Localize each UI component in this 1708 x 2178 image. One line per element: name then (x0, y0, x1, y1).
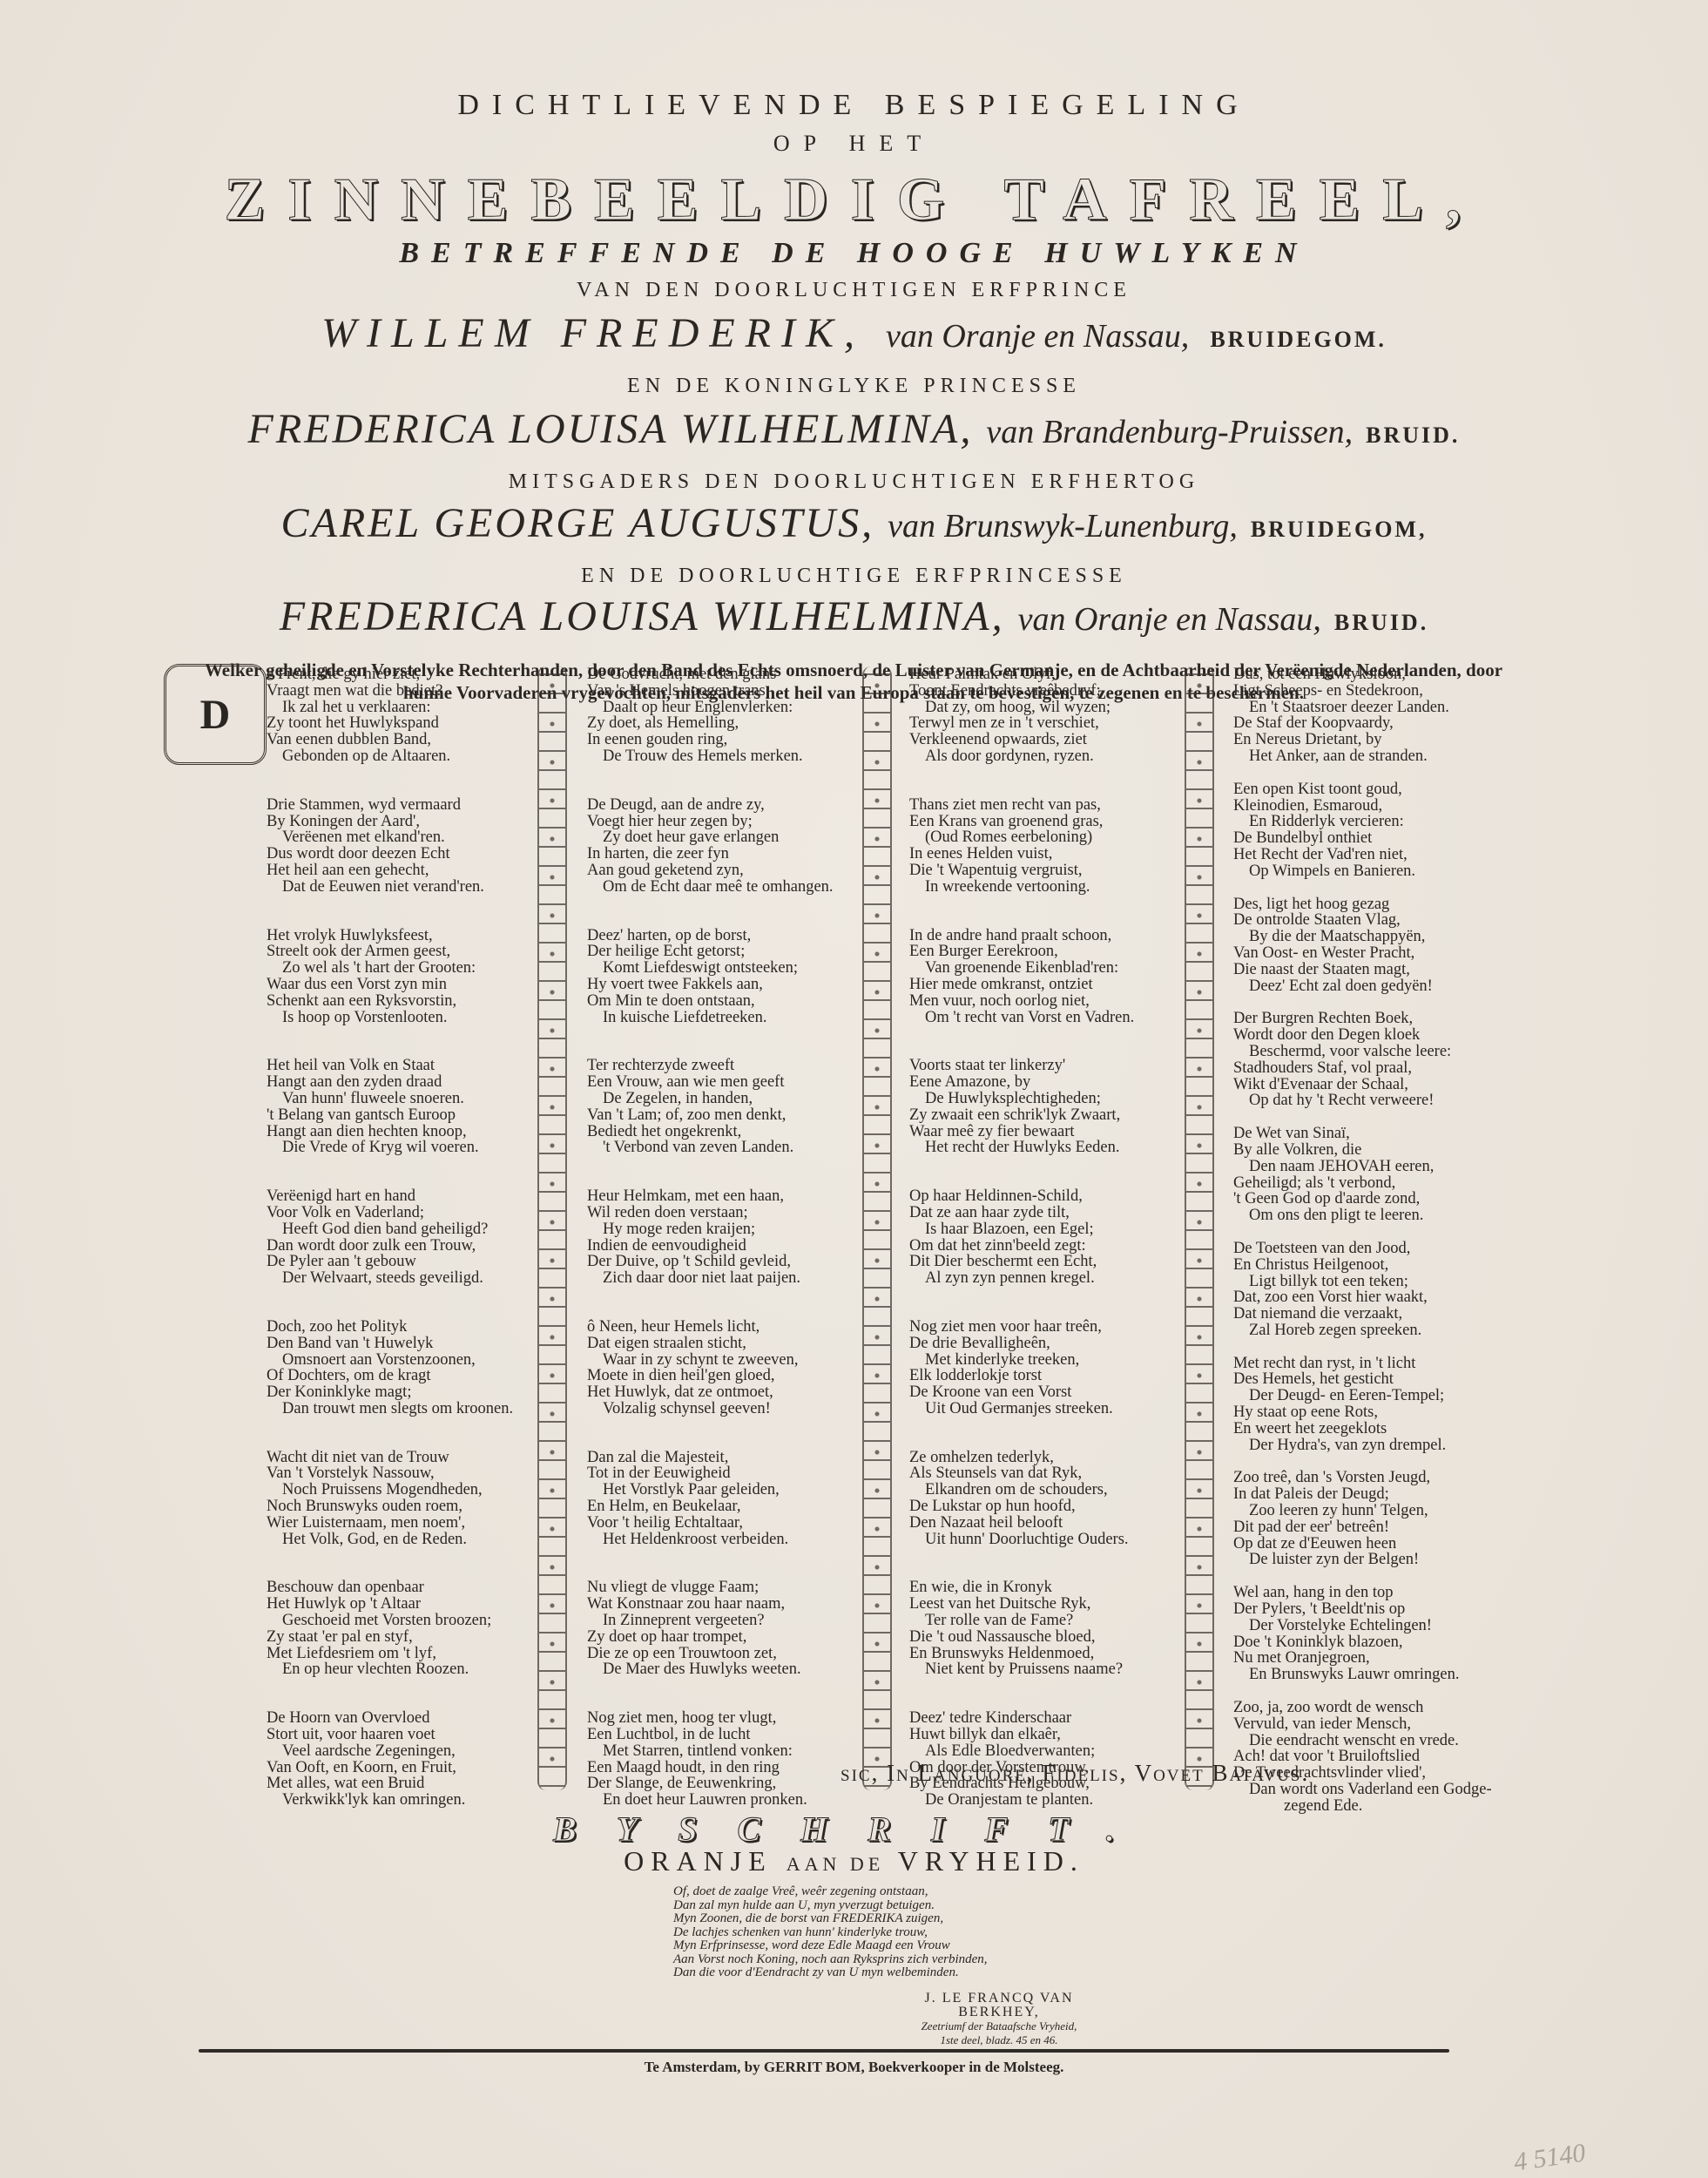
verse-line: Een Burger Eerekroon, (909, 944, 1134, 960)
verse-line: Waar in zy schynt te zweeven, (587, 1352, 834, 1369)
verse-line: By Koningen der Aard', (267, 814, 513, 830)
intro-2: EN DE KONINGLYKE PRINCESSE (0, 375, 1708, 398)
verse-line: De Godvrucht, met den glans (587, 666, 834, 683)
verse-line: En Nereus Drietant, by (1233, 732, 1492, 748)
verse-line: Zich daar door niet laat paijen. (587, 1270, 834, 1287)
verse-line: Elkandren om de schouders, (909, 1482, 1134, 1498)
stanza: Zoo, ja, zoo wordt de wenschVervuld, van… (1233, 1700, 1492, 1815)
verse-line: Nog ziet men voor haar treên, (909, 1319, 1134, 1336)
verse-line: Om dat het zinn'beeld zegt: (909, 1238, 1134, 1255)
verse-line: Omsnoert aan Vorstenzoonen, (267, 1352, 513, 1369)
verse-line: Met Starren, tintlend vonken: (587, 1743, 834, 1760)
verse-line: Wikt d'Evenaar der Schaal, (1233, 1077, 1492, 1093)
verse-line: Aan Vorst noch Koning, noch aan Ryksprin… (673, 1953, 988, 1967)
vine-border-icon (537, 666, 567, 1790)
verse-line: Waar meê zy fier bewaart (909, 1124, 1134, 1140)
verse-line: Die 't oud Nassausche bloed, (909, 1629, 1134, 1646)
stanza: Heur Helmkam, met een haan,Wil reden doe… (587, 1188, 834, 1287)
stanza: Nu vliegt de vlugge Faam;Wat Konstnaar z… (587, 1579, 834, 1678)
verse-line: De Deugd, aan de andre zy, (587, 797, 834, 814)
verse-line: Doch, zoo het Polityk (267, 1319, 513, 1336)
bride-2-house: van Oranje en Nassau, (1018, 601, 1321, 638)
stanza: De Hoorn van OvervloedStort uit, voor ha… (267, 1710, 513, 1809)
intro-3: MITSGADERS DEN DOORLUCHTIGEN ERFHERTOG (0, 470, 1708, 494)
verse-line: En 't Staatsroer deezer Landen. (1233, 700, 1492, 716)
verse-line: Der Welvaart, steeds geveiligd. (267, 1270, 513, 1287)
groom-2-name: CAREL GEORGE AUGUSTUS, (281, 500, 875, 546)
verse-line: Vervuld, van ieder Mensch, (1233, 1716, 1492, 1733)
byschrift-title-part: ORANJE (624, 1845, 773, 1877)
verse-line: Noch Brunswyks ouden roem, (267, 1498, 513, 1515)
verse-line: De Trouw des Hemels merken. (587, 748, 834, 765)
verse-line: Hier mede omkranst, ontziet (909, 977, 1134, 993)
verse-line: De Huwlyksplechtigheden; (909, 1091, 1134, 1107)
verse-line: Vraagt men wat die bediet? (267, 683, 513, 700)
stanza: De Deugd, aan de andre zy,Voegt hier heu… (587, 797, 834, 896)
verse-line: Hangt aan dien hechten knoop, (267, 1124, 513, 1140)
verse-line: Van hunn' fluweele snoeren. (267, 1091, 513, 1107)
verse-line: Bediedt het ongekrenkt, (587, 1124, 834, 1140)
verse-line: Het Huwlyk op 't Altaar (267, 1596, 513, 1613)
verse-line: Heur Helmkam, met een haan, (587, 1188, 834, 1205)
verse-line: Des, ligt het hoog gezag (1233, 896, 1492, 913)
verse-line: Zal Horeb zegen spreeken. (1233, 1322, 1492, 1339)
poem-column-1: e Prent, die gy hier ziet,Vraagt men wat… (267, 666, 513, 1841)
stanza: Dus, tot een Huwlyksloon,Ligt Scheeps- e… (1233, 666, 1492, 765)
stanza: Beschouw dan openbaarHet Huwlyk op 't Al… (267, 1579, 513, 1678)
verse-line: Indien de eenvoudigheid (587, 1238, 834, 1255)
verse-line: Waar dus een Vorst zyn min (267, 977, 513, 993)
verse-line: Zoo leeren zy hunn' Telgen, (1233, 1503, 1492, 1519)
bride-2-role: BRUID. (1334, 610, 1428, 635)
verse-line: In Zinneprent vergeeten? (587, 1613, 834, 1629)
verse-line: Der Slange, de Eeuwenkring, (587, 1776, 834, 1792)
verse-line: De drie Bevalligheên, (909, 1336, 1134, 1352)
verse-line: Dan wordt door zulk een Trouw, (267, 1238, 513, 1255)
verse-line: Is hoop op Vorstenlooten. (267, 1010, 513, 1026)
byschrift-title-part: AAN DE (786, 1853, 885, 1875)
verse-line: ô Neen, heur Hemels licht, (587, 1319, 834, 1336)
verse-line: Drie Stammen, wyd vermaard (267, 797, 513, 814)
verse-line: Het Vorstlyk Paar geleiden, (587, 1482, 834, 1498)
verse-line: Een Maagd houdt, in den ring (587, 1760, 834, 1776)
verse-line: Gebonden op de Altaaren. (267, 748, 513, 765)
attribution-author: J. LE FRANCQ VAN BERKHEY, (881, 1992, 1117, 2019)
verse-line: Voor Volk en Vaderland; (267, 1205, 513, 1221)
groom-1-house: van Oranje en Nassau, (886, 318, 1189, 355)
verse-line: Verëenen met elkand'ren. (267, 829, 513, 846)
verse-line: Daalt op heur Englenvlerken: (587, 700, 834, 716)
intro-1: VAN DEN DOORLUCHTIGEN ERFPRINCE (0, 279, 1708, 302)
verse-line: Wat Konstnaar zou haar naam, (587, 1596, 834, 1613)
verse-line: De Lukstar op hun hoofd, (909, 1498, 1134, 1515)
verse-line: Of, doet de zaalge Vreê, weêr zegening o… (673, 1885, 988, 1899)
verse-line: Een Vrouw, aan wie men geeft (587, 1074, 834, 1091)
verse-line: En op heur vlechten Roozen. (267, 1661, 513, 1678)
verse-line: Wel aan, hang in den top (1233, 1585, 1492, 1601)
verse-line: By die der Maatschappyën, (1233, 929, 1492, 945)
stanza: De Wet van Sinaï,By alle Volkren, dieDen… (1233, 1126, 1492, 1224)
verse-line: In harten, die zeer fyn (587, 846, 834, 862)
verse-line: Al zyn zyn pennen kregel. (909, 1270, 1134, 1287)
stanza: Doch, zoo het PolitykDen Band van 't Huw… (267, 1319, 513, 1417)
verse-line: Der Hydra's, van zyn drempel. (1233, 1437, 1492, 1454)
verse-line: Schenkt aan een Ryksvorstin, (267, 993, 513, 1010)
verse-line: Het recht der Huwlyks Eeden. (909, 1140, 1134, 1156)
verse-line: 't Geen God op d'aarde zond, (1233, 1191, 1492, 1207)
stanza: Des, ligt het hoog gezagDe ontrolde Staa… (1233, 896, 1492, 995)
stanza: e Prent, die gy hier ziet,Vraagt men wat… (267, 666, 513, 765)
verse-line: Of Dochters, om de kragt (267, 1368, 513, 1384)
verse-line: Als Steunsels van dat Ryk, (909, 1465, 1134, 1482)
verse-line: Der Vorstelyke Echtelingen! (1233, 1618, 1492, 1634)
stanza: Ter rechterzyde zweeftEen Vrouw, aan wie… (587, 1058, 834, 1156)
byschrift-title: ORANJE AAN DE VRYHEID. (0, 1845, 1708, 1877)
vine-border-icon (862, 666, 892, 1790)
verse-line: Myn Zoonen, die de borst van FREDERIKA z… (673, 1912, 988, 1926)
verse-line: Op dat ze d'Eeuwen heen (1233, 1536, 1492, 1552)
groom-2-house: van Brunswyk-Lunenburg, (888, 508, 1238, 544)
verse-line: Zy doet, als Hemelling, (587, 715, 834, 732)
verse-line: Dan trouwt men slegts om kroonen. (267, 1401, 513, 1417)
verse-line: Dit pad der eer' betreên! (1233, 1519, 1492, 1536)
verse-line: De Maer des Huwlyks weeten. (587, 1661, 834, 1678)
verse-line: Voegt hier heur zegen by; (587, 814, 834, 830)
verse-line: Om ons den pligt te leeren. (1233, 1207, 1492, 1224)
verse-line: Deez' harten, op de borst, (587, 928, 834, 944)
stanza: ô Neen, heur Hemels licht,Dat eigen stra… (587, 1319, 834, 1417)
verse-line: Van Oost- en Wester Pracht, (1233, 945, 1492, 962)
verse-line: De Toetsteen van den Jood, (1233, 1241, 1492, 1257)
verse-line: Hy voert twee Fakkels aan, (587, 977, 834, 993)
verse-line: Myn Erfprinsesse, word deze Edle Maagd e… (673, 1939, 988, 1953)
heading-line-1: DICHTLIEVENDE BESPIEGELING (0, 89, 1708, 122)
verse-line: By alle Volkren, die (1233, 1142, 1492, 1159)
verse-line: Dan zal myn hulde aan U, myn yverzugt be… (673, 1899, 988, 1913)
verse-line: Een Krans van groenend gras, (909, 814, 1134, 830)
verse-line: En doet heur Lauwren pronken. (587, 1792, 834, 1809)
verse-line: In wreekende vertooning. (909, 879, 1134, 896)
verse-line: De Kroone van een Vorst (909, 1384, 1134, 1401)
verse-line: Den naam JEHOVAH eeren, (1233, 1159, 1492, 1175)
poem-column-3: Heur Palmtak en Olyf,Toont Eendrachts vr… (909, 666, 1134, 1841)
groom-2: CAREL GEORGE AUGUSTUS, van Brunswyk-Lune… (0, 499, 1708, 547)
verse-line: In de andre hand praalt schoon, (909, 928, 1134, 944)
verse-line: Dit Dier beschermt een Echt, (909, 1254, 1134, 1270)
stanza: Verëenigd hart en handVoor Volk en Vader… (267, 1188, 513, 1287)
verse-line: Stort uit, voor haaren voet (267, 1727, 513, 1743)
verse-line: Der heilige Echt getorst; (587, 944, 834, 960)
attribution-page: 1ste deel, bladz. 45 en 46. (881, 2033, 1117, 2047)
verse-line: Heeft God dien band geheiligd? (267, 1221, 513, 1238)
verse-line: Zy doet op haar trompet, (587, 1629, 834, 1646)
verse-line: Zy zwaait een schrik'lyk Zwaart, (909, 1107, 1134, 1124)
verse-line: De Bundelbyl onthiet (1233, 830, 1492, 847)
byschrift-verse: Of, doet de zaalge Vreê, weêr zegening o… (673, 1885, 988, 1980)
verse-line: Der Duive, op 't Schild gevleid, (587, 1254, 834, 1270)
bride-2-name: FREDERICA LOUISA WILHELMINA, (280, 593, 1005, 639)
verse-line: Des Hemels, het gesticht (1233, 1371, 1492, 1388)
verse-line: Elk lodderlokje torst (909, 1368, 1134, 1384)
verse-line: Met recht dan ryst, in 't licht (1233, 1356, 1492, 1372)
verse-line: Die 't Wapentuig vergruist, (909, 862, 1134, 879)
byschrift-title-part: VRYHEID. (898, 1845, 1084, 1877)
verse-line: Eene Amazone, by (909, 1074, 1134, 1091)
groom-2-role: BRUIDEGOM, (1251, 517, 1428, 542)
verse-line: De Oranjestam te planten. (909, 1792, 1134, 1809)
verse-line: Hy moge reden kraijen; (587, 1221, 834, 1238)
verse-line: Moete in dien heil'gen gloed, (587, 1368, 834, 1384)
verse-line: Die naast der Staaten magt, (1233, 962, 1492, 978)
verse-line: Wier Luisternaam, men noem', (267, 1515, 513, 1532)
verse-line: De Staf der Koopvaardy, (1233, 715, 1492, 732)
verse-line: Als door gordynen, ryzen. (909, 748, 1134, 765)
stanza: Op haar Heldinnen-Schild,Dat ze aan haar… (909, 1188, 1134, 1287)
verse-line: De Wet van Sinaï, (1233, 1126, 1492, 1142)
verse-line: En wie, die in Kronyk (909, 1579, 1134, 1596)
verse-line: Het heil aan een gehecht, (267, 862, 513, 879)
verse-line: Geheiligd; als 't verbond, (1233, 1175, 1492, 1192)
verse-line: Het Anker, aan de stranden. (1233, 748, 1492, 765)
bride-1-house: van Brandenburg-Pruissen, (986, 414, 1353, 450)
verse-line: Zy toont het Huwlykspand (267, 715, 513, 732)
verse-line: De Zegelen, in handen, (587, 1091, 834, 1107)
stanza: Heur Palmtak en Olyf,Toont Eendrachts vr… (909, 666, 1134, 765)
stanza: Deez' harten, op de borst,Der heilige Ec… (587, 928, 834, 1026)
stanza: Der Burgren Rechten Boek,Wordt door den … (1233, 1011, 1492, 1109)
stanza: Een open Kist toont goud,Kleinodien, Esm… (1233, 781, 1492, 880)
verse-line: Ter rolle van de Fame? (909, 1613, 1134, 1629)
verse-line: En Brunswyks Lauwr omringen. (1233, 1667, 1492, 1683)
verse-line: Beschermd, voor valsche leere: (1233, 1044, 1492, 1060)
stanza: En wie, die in KronykLeest van het Duits… (909, 1579, 1134, 1678)
verse-line: Noch Pruissens Mogendheden, (267, 1482, 513, 1498)
verse-line: Uit Oud Germanjes streeken. (909, 1401, 1134, 1417)
verse-line: De ontrolde Staaten Vlag, (1233, 912, 1492, 929)
verse-line: Het Volk, God, en de Reden. (267, 1532, 513, 1548)
verse-line: Dus, tot een Huwlyksloon, (1233, 666, 1492, 683)
verse-line: De Hoorn van Overvloed (267, 1710, 513, 1727)
verse-line: En Helm, en Beukelaar, (587, 1498, 834, 1515)
verse-line: Wordt door den Degen kloek (1233, 1027, 1492, 1044)
verse-line: Terwyl men ze in 't verschiet, (909, 715, 1134, 732)
verse-line: Van Ooft, en Koorn, en Fruit, (267, 1760, 513, 1776)
verse-line: Die eendracht wenscht en vrede. (1233, 1733, 1492, 1749)
verse-line: Een open Kist toont goud, (1233, 781, 1492, 798)
verse-line: Ze omhelzen tederlyk, (909, 1450, 1134, 1466)
verse-line: Zo wel als 't hart der Grooten: (267, 960, 513, 977)
imprint: Te Amsterdam, by GERRIT BOM, Boekverkoop… (0, 2059, 1708, 2076)
verse-line: Op dat hy 't Recht verweere! (1233, 1092, 1492, 1109)
verse-line: In dat Paleis der Deugd; (1233, 1486, 1492, 1503)
attribution: J. LE FRANCQ VAN BERKHEY, Zeetriumf der … (881, 1992, 1117, 2047)
stanza: Nog ziet men, hoog ter vlugt,Een Luchtbo… (587, 1710, 834, 1809)
verse-line: e Prent, die gy hier ziet, (267, 666, 513, 683)
verse-line: Om 't recht van Vorst en Vadren. (909, 1010, 1134, 1026)
verse-line: Verëenigd hart en hand (267, 1188, 513, 1205)
stanza: Wel aan, hang in den topDer Pylers, 't B… (1233, 1585, 1492, 1683)
stanza: Zoo treê, dan 's Vorsten Jeugd,In dat Pa… (1233, 1470, 1492, 1568)
pencil-inventory-note: 4 5140 (1512, 2138, 1587, 2177)
verse-line: Het Huwlyk, dat ze ontmoet, (587, 1384, 834, 1401)
verse-line: Op Wimpels en Banieren. (1233, 863, 1492, 880)
verse-line: Verkleenend opwaards, ziet (909, 732, 1134, 748)
subtitle: BETREFFENDE DE HOOGE HUWLYKEN (0, 237, 1708, 270)
verse-line: Van eenen dubblen Band, (267, 732, 513, 748)
poem-column-2: De Godvrucht, met den glansVan 's Hemels… (587, 666, 834, 1841)
verse-line: Om de Echt daar meê te omhangen. (587, 879, 834, 896)
verse-line: Hy staat op eene Rots, (1233, 1404, 1492, 1421)
verse-line: Het vrolyk Huwlyksfeest, (267, 928, 513, 944)
verse-line: Ligt Scheeps- en Stedekroon, (1233, 683, 1492, 700)
verse-line: Die ze op een Trouwtoon zet, (587, 1646, 834, 1662)
verse-line: Hangt aan den zyden draad (267, 1074, 513, 1091)
poem-column-4: Dus, tot een Huwlyksloon,Ligt Scheeps- e… (1233, 666, 1492, 1831)
bride-1-role: BRUID. (1366, 423, 1460, 448)
bride-1-name: FREDERICA LOUISA WILHELMINA, (248, 406, 974, 452)
verse-line: De luister zyn der Belgen! (1233, 1552, 1492, 1568)
verse-line: Van groenende Eikenblad'ren: (909, 960, 1134, 977)
verse-line: Thans ziet men recht van pas, (909, 797, 1134, 814)
verse-line: Veel aardsche Zegeningen, (267, 1743, 513, 1760)
verse-line: Voorts staat ter linkerzy' (909, 1058, 1134, 1074)
verse-line: Dat niemand die verzaakt, (1233, 1306, 1492, 1322)
verse-line: Zy doet heur gave erlangen (587, 829, 834, 846)
verse-line: Het heil van Volk en Staat (267, 1058, 513, 1074)
stanza: Thans ziet men recht van pas,Een Krans v… (909, 797, 1134, 896)
verse-line: Dat de Eeuwen niet verand'ren. (267, 879, 513, 896)
verse-line: In eenes Helden vuist, (909, 846, 1134, 862)
stanza: In de andre hand praalt schoon,Een Burge… (909, 928, 1134, 1026)
verse-line: Den Band van 't Huwelyk (267, 1336, 513, 1352)
verse-line: Aan goud geketend zyn, (587, 862, 834, 879)
verse-line: Dan die voor d'Eendracht zy van U myn we… (673, 1966, 988, 1980)
verse-line: Der Pylers, 't Beeldt'nis op (1233, 1601, 1492, 1618)
verse-line: Als Edle Bloedverwanten; (909, 1743, 1134, 1760)
main-title: ZINNEBEELDIG TAFREEL, (0, 166, 1708, 235)
verse-line: Toont Eendrachts vreêbedryf; (909, 683, 1134, 700)
stanza: Voorts staat ter linkerzy'Eene Amazone, … (909, 1058, 1134, 1156)
stanza: Drie Stammen, wyd vermaardBy Koningen de… (267, 797, 513, 896)
verse-line: Volzalig schynsel geeven! (587, 1401, 834, 1417)
intro-4: EN DE DOORLUCHTIGE ERFPRINCESSE (0, 565, 1708, 588)
ornamental-dropcap-icon: D (164, 664, 267, 765)
verse-line: Om Min te doen ontstaan, (587, 993, 834, 1010)
stanza: Dan zal die Majesteit,Tot in der Eeuwigh… (587, 1450, 834, 1548)
verse-line: Wil reden doen verstaan; (587, 1205, 834, 1221)
bride-2: FREDERICA LOUISA WILHELMINA, van Oranje … (0, 592, 1708, 640)
motto: sic, In Languore, Fidelis, Vovet Batavus… (840, 1760, 1309, 1787)
verse-line: Van 't Vorstelyk Nassouw, (267, 1465, 513, 1482)
stanza: Ze omhelzen tederlyk,Als Steunsels van d… (909, 1450, 1134, 1548)
verse-line: De Pyler aan 't gebouw (267, 1254, 513, 1270)
verse-line: Streelt ook der Armen geest, (267, 944, 513, 960)
verse-line: Het Heldenkroost verbeiden. (587, 1532, 834, 1548)
verse-line: Beschouw dan openbaar (267, 1579, 513, 1596)
verse-line: Verkwikk'lyk kan omringen. (267, 1792, 513, 1809)
verse-line: Uit hunn' Doorluchtige Ouders. (909, 1532, 1134, 1548)
verse-line: Ligt billyk tot een teken; (1233, 1274, 1492, 1290)
verse-line: Der Deugd- en Eeren-Tempel; (1233, 1388, 1492, 1404)
verse-line: Der Koninklyke magt; (267, 1384, 513, 1401)
verse-line: Dat zy, om hoog, wil wyzen; (909, 700, 1134, 716)
verse-line: Huwt billyk dan elkaêr, (909, 1727, 1134, 1743)
verse-line: Ik zal het u verklaaren: (267, 700, 513, 716)
verse-line: Doe 't Koninklyk blazoen, (1233, 1634, 1492, 1651)
verse-line: Van 's Hemels hoogen trans, (587, 683, 834, 700)
verse-line: Dat eigen straalen sticht, (587, 1336, 834, 1352)
verse-line: Niet kent by Pruissens naame? (909, 1661, 1134, 1678)
verse-line: En Brunswyks Heldenmoed, (909, 1646, 1134, 1662)
stanza: Nog ziet men voor haar treên,De drie Bev… (909, 1319, 1134, 1417)
stanza: De Godvrucht, met den glansVan 's Hemels… (587, 666, 834, 765)
stanza: Het heil van Volk en StaatHangt aan den … (267, 1058, 513, 1156)
verse-line: In eenen gouden ring, (587, 732, 834, 748)
verse-line: Het Recht der Vad'ren niet, (1233, 847, 1492, 863)
verse-line: Met kinderlyke treeken, (909, 1352, 1134, 1369)
verse-line: In kuische Liefdetreeken. (587, 1010, 834, 1026)
verse-line: Van 't Lam; of, zoo men denkt, (587, 1107, 834, 1124)
verse-line: Kleinodien, Esmaroud, (1233, 798, 1492, 815)
verse-line: Met Liefdesriem om 't lyf, (267, 1646, 513, 1662)
verse-line: Deez' Echt zal doen gedyën! (1233, 978, 1492, 995)
byschrift-heading: BYSCHRIFT. (0, 1809, 1708, 1850)
divider-rule (199, 2049, 1449, 2053)
groom-1-role: BRUIDEGOM. (1210, 327, 1387, 352)
verse-line: Is haar Blazoen, een Egel; (909, 1221, 1134, 1238)
vine-border-icon (1185, 666, 1214, 1790)
verse-line: Komt Liefdeswigt ontsteeken; (587, 960, 834, 977)
verse-line: Zy staat 'er pal en styf, (267, 1629, 513, 1646)
verse-line: Zoo, ja, zoo wordt de wensch (1233, 1700, 1492, 1716)
verse-line: Dus wordt door deezen Echt (267, 846, 513, 862)
stanza: Het vrolyk Huwlyksfeest,Streelt ook der … (267, 928, 513, 1026)
verse-line: Ter rechterzyde zweeft (587, 1058, 834, 1074)
stanza: Met recht dan ryst, in 't lichtDes Hemel… (1233, 1356, 1492, 1454)
verse-line: Stadhouders Staf, vol praal, (1233, 1060, 1492, 1077)
verse-line: De lachjes schenken van hunn' kinderlyke… (673, 1926, 988, 1940)
verse-line: Dan zal die Majesteit, (587, 1450, 834, 1466)
stanza: Wacht dit niet van de TrouwVan 't Vorste… (267, 1450, 513, 1548)
bride-1: FREDERICA LOUISA WILHELMINA, van Branden… (0, 405, 1708, 453)
verse-line: Zoo treê, dan 's Vorsten Jeugd, (1233, 1470, 1492, 1486)
verse-line: Deez' tedre Kinderschaar (909, 1710, 1134, 1727)
stanza: De Toetsteen van den Jood,En Christus He… (1233, 1241, 1492, 1339)
verse-line: Heur Palmtak en Olyf, (909, 666, 1134, 683)
verse-line: Der Burgren Rechten Boek, (1233, 1011, 1492, 1027)
verse-line: (Oud Romes eerbeloning) (909, 829, 1134, 846)
attribution-source: Zeetriumf der Bataafsche Vryheid, (881, 2019, 1117, 2033)
verse-line: Die Vrede of Kryg wil voeren. (267, 1140, 513, 1156)
heading-line-2: OP HET (0, 131, 1708, 157)
verse-line: Met alles, wat een Bruid (267, 1776, 513, 1792)
verse-line: Voor 't heilig Echtaltaar, (587, 1515, 834, 1532)
verse-line: Men vuur, noch oorlog niet, (909, 993, 1134, 1010)
verse-line: Wacht dit niet van de Trouw (267, 1450, 513, 1466)
verse-line: Den Nazaat heil belooft (909, 1515, 1134, 1532)
verse-line: Leest van het Duitsche Ryk, (909, 1596, 1134, 1613)
verse-line: Geschoeid met Vorsten broozen; (267, 1613, 513, 1629)
verse-line: 't Belang van gantsch Euroop (267, 1107, 513, 1124)
verse-line: 't Verbond van zeven Landen. (587, 1140, 834, 1156)
verse-line: Dat, zoo een Vorst hier waakt, (1233, 1289, 1492, 1306)
verse-line: Nog ziet men, hoog ter vlugt, (587, 1710, 834, 1727)
groom-1: WILLEM FREDERIK, van Oranje en Nassau, B… (0, 309, 1708, 357)
verse-line: En Ridderlyk vercieren: (1233, 814, 1492, 830)
document-sheet: DICHTLIEVENDE BESPIEGELING OP HET ZINNEB… (0, 0, 1708, 2178)
verse-line: Nu vliegt de vlugge Faam; (587, 1579, 834, 1596)
verse-line: Op haar Heldinnen-Schild, (909, 1188, 1134, 1205)
